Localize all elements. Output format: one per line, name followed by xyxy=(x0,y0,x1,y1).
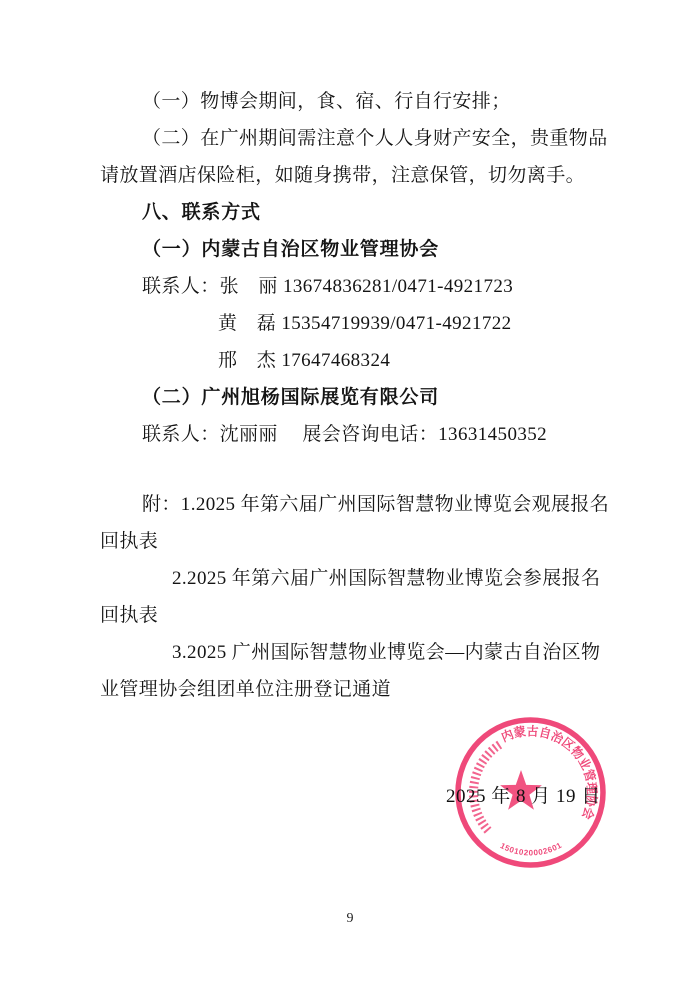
attachment-1: 附：1.2025 年第六届广州国际智慧物业博览会观展报名 xyxy=(100,486,612,523)
seal-serial-number: 1501020002601 xyxy=(499,841,564,858)
attachment-3: 3.2025 广州国际智慧物业博览会—内蒙古自治区物 xyxy=(100,634,612,671)
org-1-heading: （一）内蒙古自治区物业管理协会 xyxy=(100,231,612,268)
item-1-food-lodging: （一）物博会期间，食、宿、行自行安排； xyxy=(100,83,612,120)
item-2-safety-cont: 请放置酒店保险柜，如随身携带，注意保管，切勿离手。 xyxy=(100,157,612,194)
attachment-3-cont: 业管理协会组团单位注册登记通道 xyxy=(100,671,612,708)
item-2-safety: （二）在广州期间需注意个人人身财产安全，贵重物品 xyxy=(100,120,612,157)
org-2-heading: （二）广州旭杨国际展览有限公司 xyxy=(100,379,612,416)
attachment-1-cont: 回执表 xyxy=(100,523,612,560)
contact-huang-lei: 黄 磊 15354719939/0471-4921722 xyxy=(100,305,612,342)
page-number: 9 xyxy=(0,911,700,927)
date-line: 2025 年 8 月 19 日 xyxy=(446,783,601,811)
document-body: （一）物博会期间，食、宿、行自行安排； （二）在广州期间需注意个人人身财产安全，… xyxy=(100,83,612,708)
document-page: （一）物博会期间，食、宿、行自行安排； （二）在广州期间需注意个人人身财产安全，… xyxy=(0,0,700,990)
section-8-contact-heading: 八、联系方式 xyxy=(100,194,612,231)
contact-zhang-li: 联系人：张 丽 13674836281/0471-4921723 xyxy=(100,268,612,305)
attachment-2-cont: 回执表 xyxy=(100,597,612,634)
contact-shen-lili: 联系人：沈丽丽 展会咨询电话：13631450352 xyxy=(100,416,612,453)
contact-xing-jie: 邢 杰 17647468324 xyxy=(100,342,612,379)
attachment-2: 2.2025 年第六届广州国际智慧物业博览会参展报名 xyxy=(100,560,612,597)
